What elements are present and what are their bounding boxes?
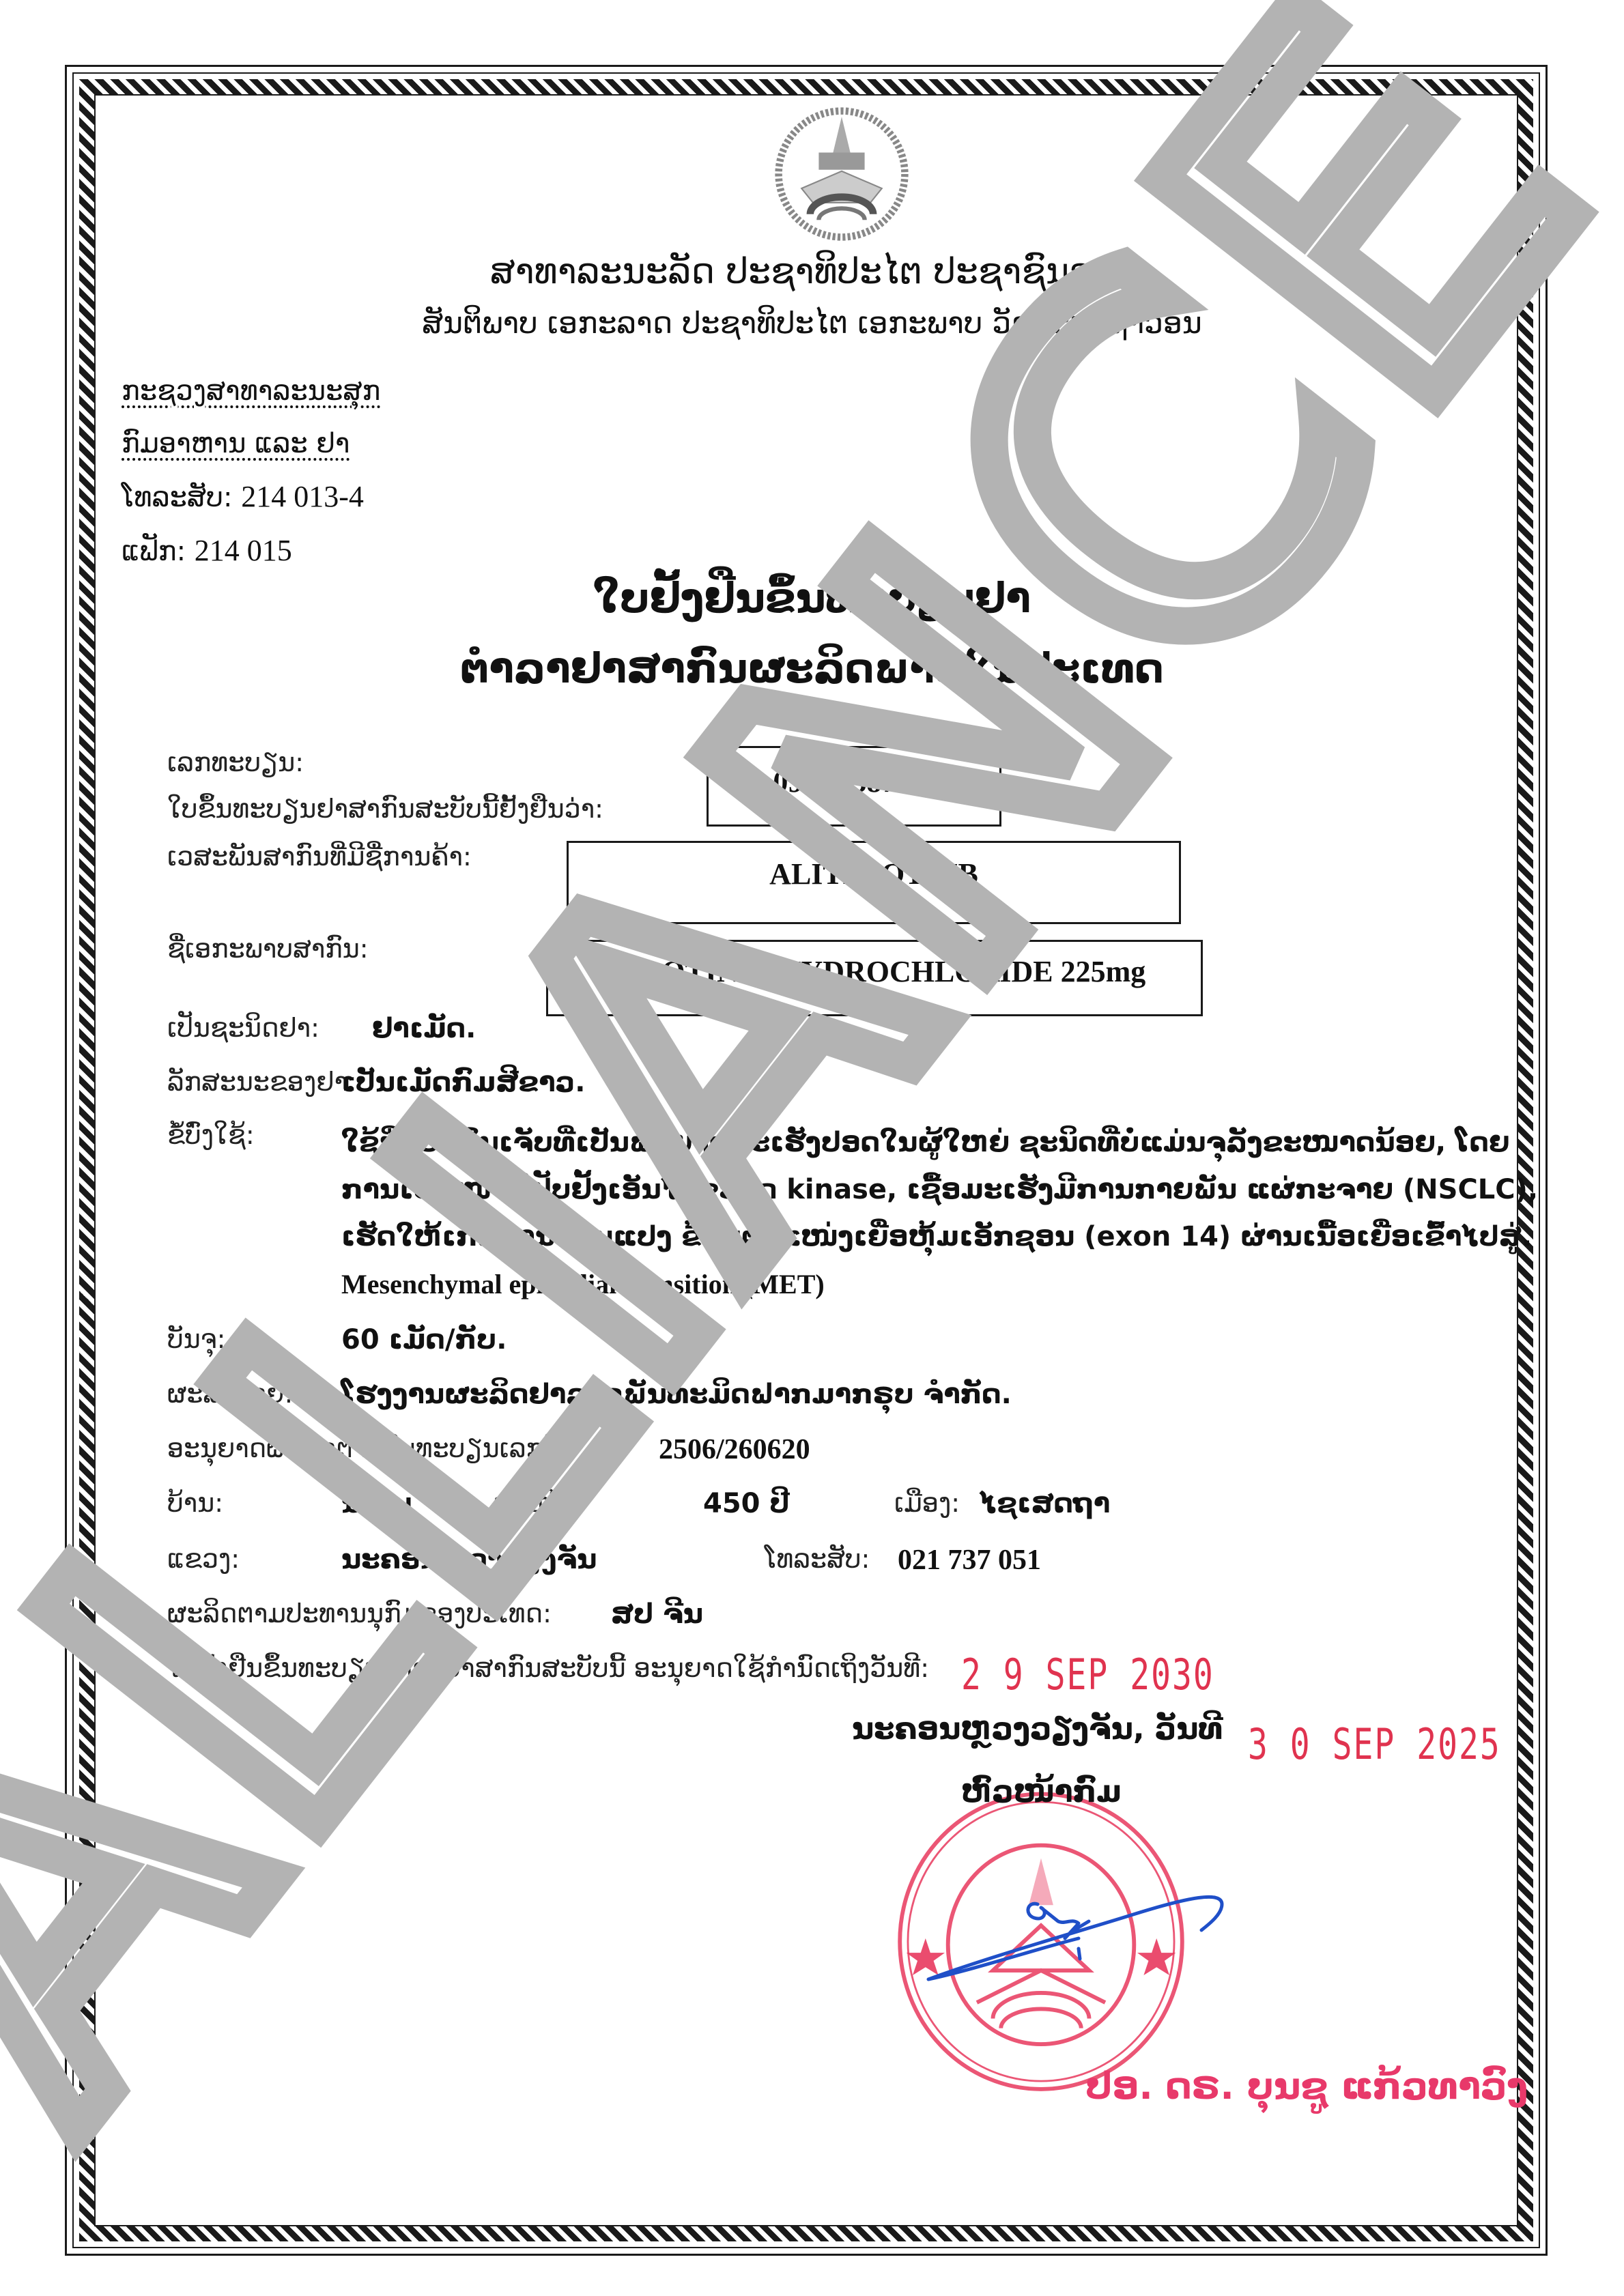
place-date-label: ນະຄອນຫຼວງວຽງຈັນ, ວັນທີ [852,1712,1223,1747]
appearance-value: ເປັນເມັດກົມສີຂາວ. [341,1067,585,1098]
village-label: ບ້ານ: [167,1488,223,1518]
reg-no-box: 09 L 1387/25 [707,746,1001,827]
phone-value: 214 013-4 [241,480,364,513]
validity-date-stamp: 2 9 SEP 2030 [961,1650,1214,1700]
reg-no-value: 09 L 1387/25 [773,764,935,799]
province-value: ນະຄອນຫຼວງວຽງຈັນ [341,1544,597,1575]
national-emblem-icon [770,102,913,246]
trade-name-value: ALITEPOTNIB [769,857,978,891]
trade-name-box: ALITEPOTNIB [567,841,1181,924]
fax-label: ແຟັກ: [122,536,186,567]
province-label: ແຂວງ: [167,1544,240,1574]
signatory-position: ຫົວໜ້າກົມ [961,1775,1122,1809]
village-value: ນາໂນ [341,1488,412,1519]
tel-value: 021 737 051 [898,1544,1041,1577]
indication-line: Mesenchymal epithelial transition (MET) [341,1261,1515,1308]
generic-name-value: TEPOTINIB HYDROCHLORIDE 225mg [603,954,1146,989]
ministry-name: ກະຊວງສາທາລະນະສຸກ [122,365,380,418]
validity-label: ໃບຢັ້ງຢືນຂຶ້ນທະບຽນຕຳລາຢາສາກົນສະບັບນີ້ ອະ… [167,1653,929,1683]
reg-no-label-2: ໃບຂຶ້ນທະບຽນຢາສາກົນສະບັບນີ້ຢັ້ງຢືນວ່າ: [167,794,603,824]
fax-value: 214 015 [195,534,292,567]
manufacturer-label: ຜະລິດໂດຍ: [167,1379,293,1409]
road-value: 450 ປີ [703,1488,790,1519]
indication-line: ເຮັດໃຫ້ເກີດການປ່ຽນແປງ ຂ້າມຕຳແໜ່ງເຍື່ອຫຸ້… [341,1214,1515,1261]
generic-name-box: TEPOTINIB HYDROCHLORIDE 225mg [546,940,1203,1016]
indication-line: ການເຮັດໜ້າທີ່ຢັບຢັ້ງເອັນໄຊຊະນິດ kinase, … [341,1166,1515,1214]
ministry-phone: ໂທລະສັບ: 214 013-4 [122,470,380,524]
license-value: 2506/260620 [659,1433,810,1466]
national-motto: ສັນຕິພາບ ເອກະລາດ ປະຊາທິປະໄຕ ເອກະພາບ ວັດທ… [0,306,1624,341]
appearance-label: ລັກສະນະຂອງຢາ: [167,1067,357,1097]
dosage-form-value: ຢາເມັດ. [372,1013,476,1044]
dosage-form-label: ເປັນຊະນິດຢາ: [167,1013,319,1043]
road-label: ຖະໜົນ: [495,1488,580,1518]
ministry-fax: ແຟັກ: 214 015 [122,524,380,578]
tel-label: ໂທລະສັບ: [765,1544,870,1574]
district-value: ໄຊເສດຖາ [980,1488,1110,1519]
generic-name-label: ຊື່ເອກະພາບສາກົນ: [167,934,369,964]
country-name: ສາທາລະນະລັດ ປະຊາທິປະໄຕ ປະຊາຊົນລາວ [0,251,1624,292]
packaging-value: 60 ເມັດ/ກັບ. [341,1324,507,1355]
document-title: ໃບຢັ້ງຢືນຂຶ້ນທະບຽນຢາ [0,575,1624,622]
indication-line: ໃຊ້ປິ່ນປົວຄົນເຈັບທີ່ເປັນພະຍາດມະເຮັງປອດໃນ… [341,1119,1515,1166]
ministry-block: ກະຊວງສາທາລະນະສຸກ ກົມອາຫານ ແລະ ຢາ ໂທລະສັບ… [122,365,380,578]
indication-text: ໃຊ້ປິ່ນປົວຄົນເຈັບທີ່ເປັນພະຍາດມະເຮັງປອດໃນ… [341,1119,1515,1308]
official-name: ປອ. ດຣ. ບຸນຊູ ແກ້ວທາວົງ [1085,2065,1528,2108]
department-name: ກົມອາຫານ ແລະ ຢາ [122,418,380,470]
phone-label: ໂທລະສັບ: [122,482,232,513]
packaging-label: ບັນຈຸ: [167,1324,225,1354]
signature-icon [901,1884,1311,2048]
manufacturer-value: ໂຮງງານຜະລິດຢາລາວພັນທະມິດຟາກມາກຣຸບ ຈຳກັດ. [341,1379,1012,1410]
license-label: ອະນຸຍາດຜະລິດຕາມໃບທະບຽນເລກທີ: [167,1433,569,1463]
country-of-origin-value: ສປ ຈີນ [611,1598,703,1630]
issue-date-stamp: 3 0 SEP 2025 [1248,1720,1501,1770]
district-label: ເມືອງ: [894,1488,960,1518]
reg-no-label: ເລກທະບຽນ: [167,747,304,777]
document-subtitle: ຕຳລາຢາສາກົນຜະລິດພາຍໃນປະເທດ [0,645,1624,693]
country-of-origin-label: ຜະລິດຕາມປະທານນຸກົມຂອງປະເທດ: [167,1598,552,1628]
indication-label: ຂໍ້ບົ່ງໃຊ້: [167,1120,255,1150]
trade-name-label: ເວສະພັນສາກົນທີ່ມີຊື່ການຄ້າ: [167,842,472,872]
